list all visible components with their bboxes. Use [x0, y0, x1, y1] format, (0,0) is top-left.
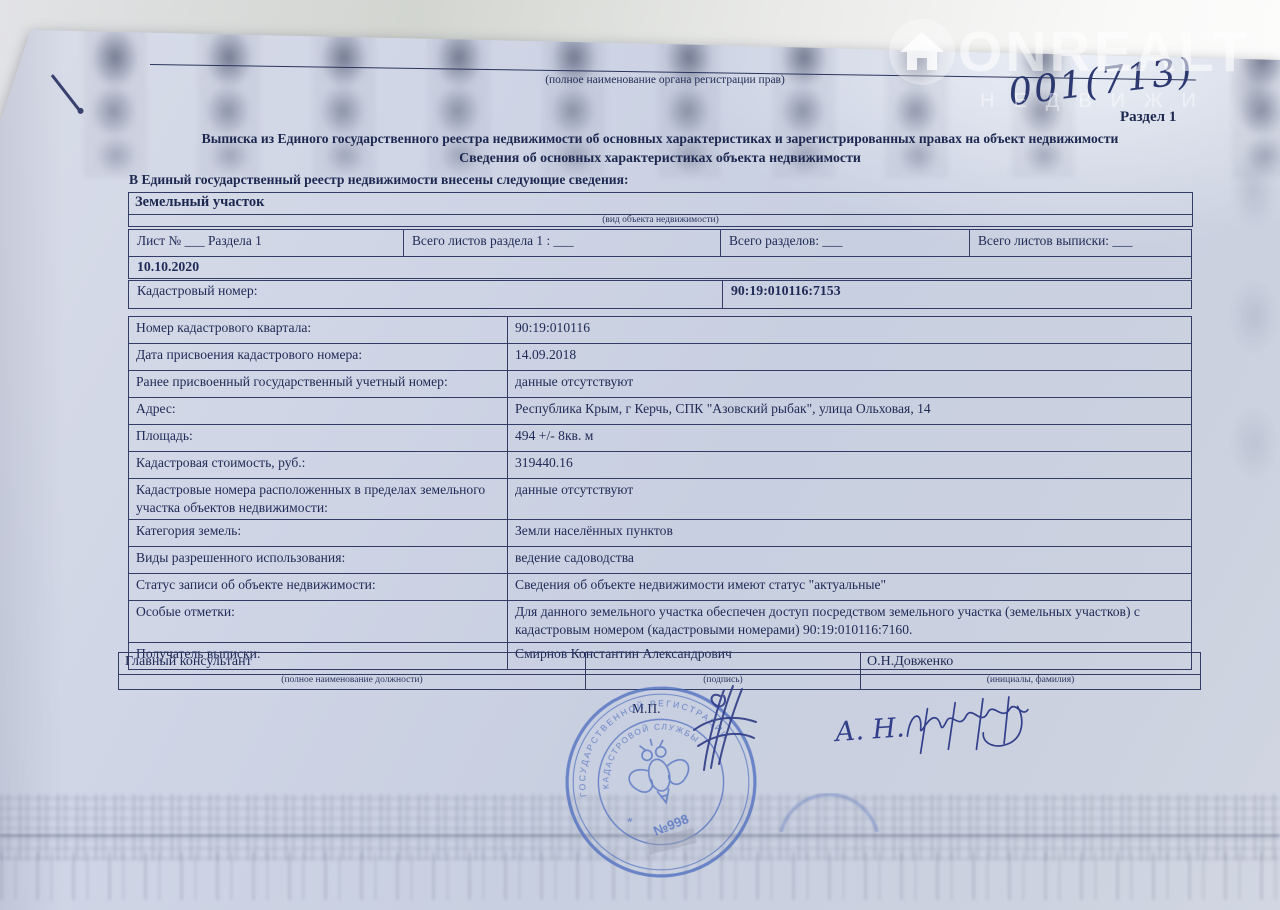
table-row: Виды разрешенного использования: ведение…	[129, 547, 1192, 574]
row-value: 90:19:010116	[508, 317, 1192, 344]
row-label: Статус записи об объекте недвижимости:	[129, 574, 508, 601]
document-page: (полное наименование органа регистрации …	[0, 0, 1280, 910]
paper-sheet: (полное наименование органа регистрации …	[0, 0, 1280, 910]
row-value: 319440.16	[508, 452, 1192, 479]
row-value: 494 +/- 8кв. м	[508, 425, 1192, 452]
sheet-info-cell: Всего листов раздела 1 : ___	[404, 230, 721, 257]
table-row: Ранее присвоенный государственный учетны…	[129, 371, 1192, 398]
row-value: Республика Крым, г Керчь, СПК "Азовский …	[508, 398, 1192, 425]
pen-stroke-mark	[51, 74, 82, 113]
row-value: Сведения об объекте недвижимости имеют с…	[508, 574, 1192, 601]
row-value: ведение садоводства	[508, 547, 1192, 574]
table-row: Адрес: Республика Крым, г Керчь, СПК "Аз…	[129, 398, 1192, 425]
object-type: Земельный участок	[129, 193, 1192, 214]
extract-date: 10.10.2020	[129, 257, 1192, 279]
photo-of-document: { "page": { "corner_note": "001(713)", "…	[0, 0, 1280, 910]
cadastral-number-table: Кадастровый номер: 90:19:010116:7153	[128, 280, 1192, 309]
row-value: 14.09.2018	[508, 344, 1192, 371]
table-row: Кадастровый номер: 90:19:010116:7153	[129, 281, 1192, 309]
table-row: Категория земель: Земли населённых пункт…	[129, 520, 1192, 547]
row-label: Особые отметки:	[129, 601, 508, 642]
characteristics-body: Номер кадастрового квартала: 90:19:01011…	[129, 317, 1192, 670]
recipient-signature: А. Н.	[830, 683, 1045, 777]
row-value: Земли населённых пунктов	[508, 520, 1192, 547]
sheet-info-row: Лист № ___ Раздела 1Всего листов раздела…	[129, 230, 1192, 257]
signer-position: Главный консультант	[119, 653, 586, 675]
object-type-box: Земельный участок (вид объекта недвижимо…	[128, 192, 1193, 227]
row-label: Кадастровый номер:	[129, 281, 723, 309]
row-label: Категория земель:	[129, 520, 508, 547]
document-title: Выписка из Единого государственного реес…	[128, 131, 1192, 147]
table-row: Кадастровые номера расположенных в преде…	[129, 479, 1192, 520]
table-row: Площадь: 494 +/- 8кв. м	[129, 425, 1192, 452]
sheet-info-table: Лист № ___ Раздела 1Всего листов раздела…	[128, 229, 1192, 279]
row-label: Дата присвоения кадастрового номера:	[129, 344, 508, 371]
row-label: Ранее присвоенный государственный учетны…	[129, 371, 508, 398]
row-label: Адрес:	[129, 398, 508, 425]
table-row: Статус записи об объекте недвижимости: С…	[129, 574, 1192, 601]
row-label: Площадь:	[129, 425, 508, 452]
signer-name: О.Н.Довженко	[861, 653, 1201, 675]
row-label: Кадастровая стоимость, руб.:	[129, 452, 508, 479]
table-row: Кадастровая стоимость, руб.: 319440.16	[129, 452, 1192, 479]
seal-star: *	[626, 814, 635, 829]
row-value: Для данного земельного участка обеспечен…	[508, 601, 1192, 642]
object-type-caption: (вид объекта недвижимости)	[129, 214, 1192, 226]
signature-initials: А. Н.	[832, 712, 906, 748]
table-row: Особые отметки: Для данного земельного у…	[129, 601, 1192, 642]
signature-row: Главный консультант О.Н.Довженко	[119, 653, 1201, 675]
table-row: Номер кадастрового квартала: 90:19:01011…	[129, 317, 1192, 344]
sheet-info-cell: Всего листов выписки: ___	[970, 230, 1192, 257]
section-label: Раздел 1	[1120, 109, 1176, 126]
position-caption: (полное наименование должности)	[119, 675, 586, 690]
registration-authority-caption: (полное наименование органа регистрации …	[420, 74, 910, 86]
row-label: Номер кадастрового квартала:	[129, 317, 508, 344]
intro-line: В Единый государственный реестр недвижим…	[129, 172, 629, 188]
signature-scribble	[664, 676, 768, 784]
characteristics-table: Номер кадастрового квартала: 90:19:01011…	[128, 316, 1192, 670]
sheet-info-cell: Лист № ___ Раздела 1	[129, 230, 404, 257]
date-row: 10.10.2020	[129, 257, 1192, 279]
row-value: данные отсутствуют	[508, 371, 1192, 398]
row-label: Кадастровые номера расположенных в преде…	[129, 479, 508, 520]
cadastral-number-value: 90:19:010116:7153	[723, 281, 1192, 309]
table-row: Дата присвоения кадастрового номера: 14.…	[129, 344, 1192, 371]
row-value: данные отсутствуют	[508, 479, 1192, 520]
document-subtitle: Сведения об основных характеристиках объ…	[128, 151, 1192, 167]
sheet-info-cell: Всего разделов: ___	[721, 230, 970, 257]
row-label: Виды разрешенного использования:	[129, 547, 508, 574]
smudge-right-margin	[1228, 58, 1280, 528]
